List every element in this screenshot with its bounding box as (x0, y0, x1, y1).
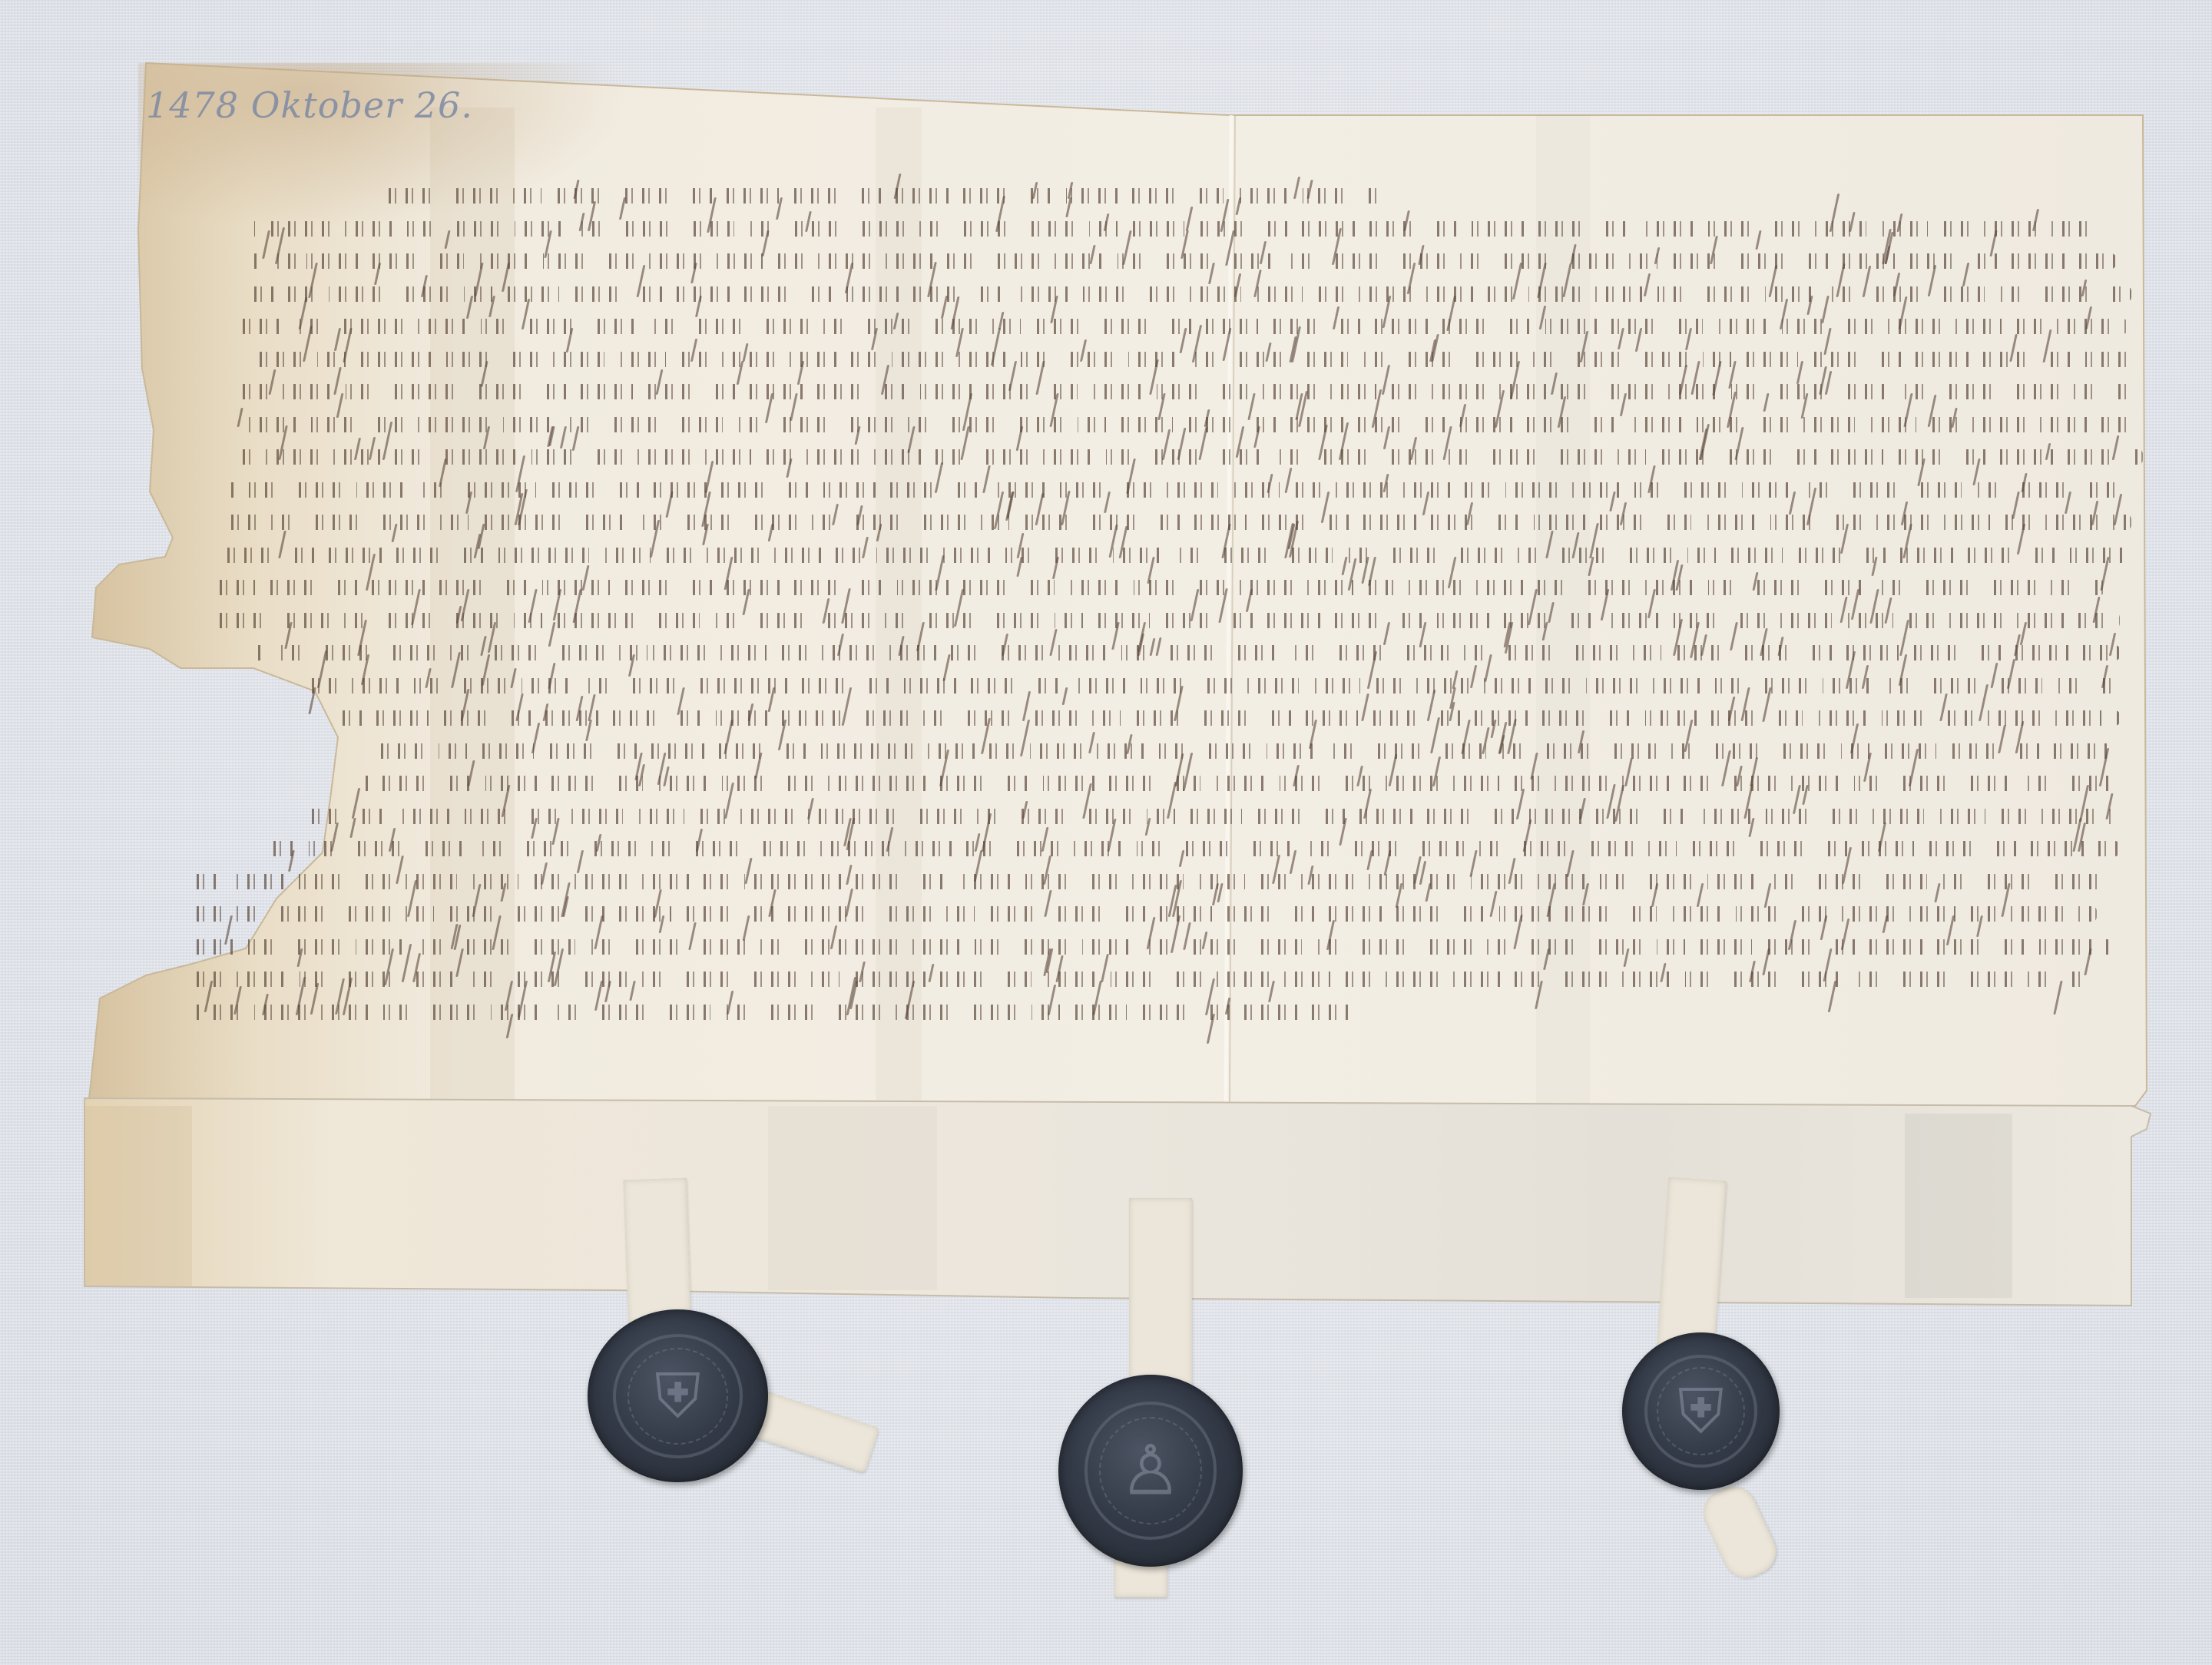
script-line (207, 670, 2112, 703)
seal-left: ⛨ (588, 1309, 768, 1482)
script-line (207, 932, 2112, 965)
script-line (207, 311, 2112, 344)
script-line (207, 899, 2112, 932)
script-line (207, 507, 2112, 540)
script-line (207, 833, 2112, 866)
script-line (207, 801, 2112, 834)
script-line (207, 214, 2112, 247)
ink-strokes (223, 548, 2135, 563)
script-line (207, 964, 2112, 997)
script-line (207, 605, 2112, 638)
ink-strokes (269, 841, 2120, 856)
script-line (207, 376, 2112, 409)
cross-shield-icon: ⛨ (1678, 1375, 1724, 1448)
ink-strokes (238, 384, 2135, 399)
seal-tag-right (1657, 1177, 1726, 1350)
seal-tag-center (1129, 1198, 1192, 1398)
seal-tag-right-tail (1696, 1479, 1783, 1585)
script-line (207, 572, 2112, 605)
ink-strokes (250, 221, 2093, 237)
ink-strokes (215, 613, 2120, 628)
charter-text-block (207, 180, 2112, 1029)
script-line (207, 180, 2112, 214)
ink-strokes (192, 972, 2089, 987)
script-line (207, 768, 2112, 801)
ink-strokes (250, 286, 2131, 302)
archival-date-annotation: 1478 Oktober 26. (146, 84, 473, 126)
ink-strokes (215, 580, 2104, 595)
ink-strokes (307, 809, 2120, 824)
script-line (207, 637, 2112, 670)
plica (84, 1098, 2151, 1306)
script-line (207, 866, 2112, 899)
ink-strokes (361, 776, 2112, 791)
script-line (207, 442, 2112, 475)
script-line (207, 736, 2112, 769)
script-line (207, 344, 2112, 377)
script-line (207, 703, 2112, 736)
ink-strokes (238, 417, 2135, 432)
ink-strokes (253, 645, 2120, 660)
photo-stage: 1478 Oktober 26. ⛨ ♙ ⛨ (0, 0, 2212, 1665)
figure-icon: ♙ (1120, 1431, 1182, 1511)
script-line (207, 246, 2112, 279)
script-line (207, 997, 2112, 1030)
ink-strokes (384, 188, 1382, 204)
ink-strokes (238, 352, 2135, 367)
seal-center: ♙ (1058, 1375, 1243, 1567)
script-line (207, 409, 2112, 442)
ink-strokes (192, 906, 2097, 922)
ink-strokes (192, 1005, 1352, 1020)
ink-strokes (192, 939, 2112, 955)
ink-strokes (227, 482, 2124, 498)
ink-strokes (338, 710, 2120, 726)
ink-strokes (250, 253, 2116, 269)
ink-strokes (376, 743, 2120, 759)
script-line (207, 540, 2112, 573)
script-line (207, 279, 2112, 312)
script-line (207, 475, 2112, 508)
shield-icon: ⛨ (655, 1360, 701, 1432)
seal-right: ⛨ (1622, 1332, 1780, 1490)
